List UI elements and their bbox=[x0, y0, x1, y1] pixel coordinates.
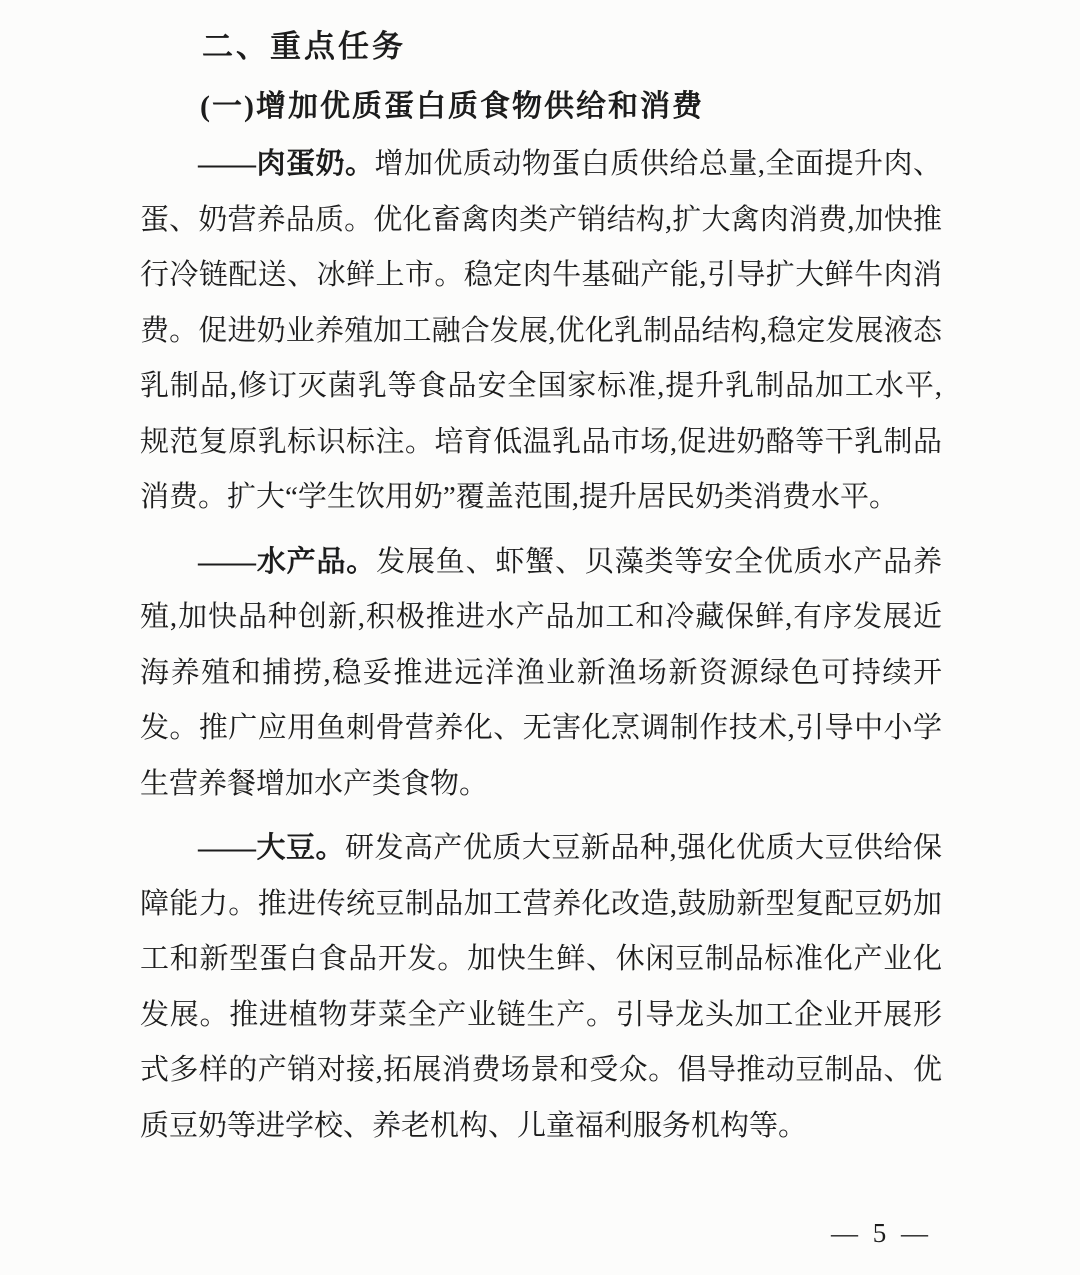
document-page: 二、重点任务 (一)增加优质蛋白质食物供给和消费 ——肉蛋奶。增加优质动物蛋白质… bbox=[140, 24, 942, 1154]
paragraph-text: 增加优质动物蛋白质供给总量,全面提升肉、蛋、奶营养品质。优化畜禽肉类产销结构,扩… bbox=[140, 148, 942, 513]
paragraph-lead: ——大豆。 bbox=[198, 832, 345, 864]
paragraph-text: 研发高产优质大豆新品种,强化优质大豆供给保障能力。推进传统豆制品加工营养化改造,… bbox=[140, 832, 942, 1142]
subsection-heading: (一)增加优质蛋白质食物供给和消费 bbox=[140, 84, 942, 130]
page-number: — 5 — bbox=[831, 1218, 932, 1249]
paragraph-soybean: ——大豆。研发高产优质大豆新品种,强化优质大豆供给保障能力。推进传统豆制品加工营… bbox=[140, 821, 942, 1154]
paragraph-aquatic-products: ——水产品。发展鱼、虾蟹、贝藻类等安全优质水产品养殖,加快品种创新,积极推进水产… bbox=[140, 535, 942, 813]
paragraph-text: 发展鱼、虾蟹、贝藻类等安全优质水产品养殖,加快品种创新,积极推进水产品加工和冷藏… bbox=[140, 546, 942, 800]
section-heading: 二、重点任务 bbox=[140, 24, 942, 70]
paragraph-lead: ——肉蛋奶。 bbox=[198, 148, 374, 180]
paragraph-lead: ——水产品。 bbox=[198, 546, 376, 578]
paragraph-meat-egg-milk: ——肉蛋奶。增加优质动物蛋白质供给总量,全面提升肉、蛋、奶营养品质。优化畜禽肉类… bbox=[140, 137, 942, 526]
